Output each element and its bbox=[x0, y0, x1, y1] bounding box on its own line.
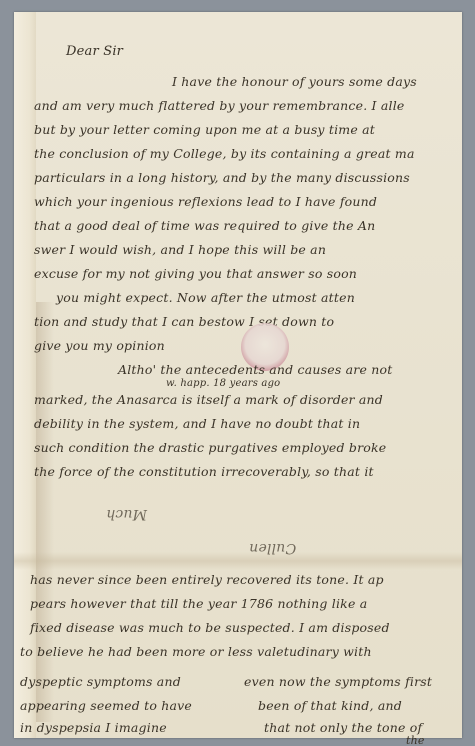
letter-line: you might expect. Now after the utmost a… bbox=[56, 290, 355, 305]
letter-line: and am very much flattered by your remem… bbox=[34, 98, 405, 113]
bleed-through-text: Much bbox=[106, 506, 147, 522]
letter-line: marked, the Anasarca is itself a mark of… bbox=[34, 392, 383, 407]
letter-line: such condition the drastic purgatives em… bbox=[34, 440, 386, 455]
letter-line: debility in the system, and I have no do… bbox=[34, 416, 360, 431]
bleed-through-text: Cullen bbox=[249, 540, 296, 556]
letter-line: which your ingenious reflexions lead to … bbox=[34, 194, 377, 209]
salutation: Dear Sir bbox=[66, 44, 123, 59]
letter-line: to believe he had been more or less vale… bbox=[20, 644, 372, 659]
paper-fold-horizontal bbox=[14, 552, 462, 570]
letter-line: fixed disease was much to be suspected. … bbox=[30, 620, 390, 635]
letter-line: particulars in a long history, and by th… bbox=[34, 170, 410, 185]
letter-line: been of that kind, and bbox=[258, 698, 402, 713]
letter-line: has never since been entirely recovered … bbox=[30, 572, 384, 587]
letter-line: give you my opinion bbox=[34, 338, 165, 353]
letter-line: but by your letter coming upon me at a b… bbox=[34, 122, 375, 137]
letter-line: that not only the tone of bbox=[264, 720, 422, 735]
letter-line: excuse for my not giving you that answer… bbox=[34, 266, 357, 281]
letter-line: pears however that till the year 1786 no… bbox=[30, 596, 367, 611]
letter-line: dyspeptic symptoms and bbox=[20, 674, 181, 689]
letter-line: even now the symptoms first bbox=[244, 674, 432, 689]
letter-line: that a good deal of time was required to… bbox=[34, 218, 375, 233]
paper-stain bbox=[36, 302, 54, 722]
letter-line: appearing seemed to have bbox=[20, 698, 192, 713]
letter-line: the force of the constitution irrecovera… bbox=[34, 464, 374, 479]
letter-line: tion and study that I can bestow I set d… bbox=[34, 314, 334, 329]
letter-line: swer I would wish, and I hope this will … bbox=[34, 242, 326, 257]
catchword: the bbox=[406, 734, 425, 746]
letter-line: Altho' the antecedents and causes are no… bbox=[118, 362, 392, 377]
letter-line: in dyspepsia I imagine bbox=[20, 720, 167, 735]
interlinear-note: w. happ. 18 years ago bbox=[166, 378, 280, 389]
letter-page: Dear Sir I have the honour of yours some… bbox=[14, 12, 462, 738]
letter-line: I have the honour of yours some days bbox=[172, 74, 417, 89]
letter-line: the conclusion of my College, by its con… bbox=[34, 146, 415, 161]
